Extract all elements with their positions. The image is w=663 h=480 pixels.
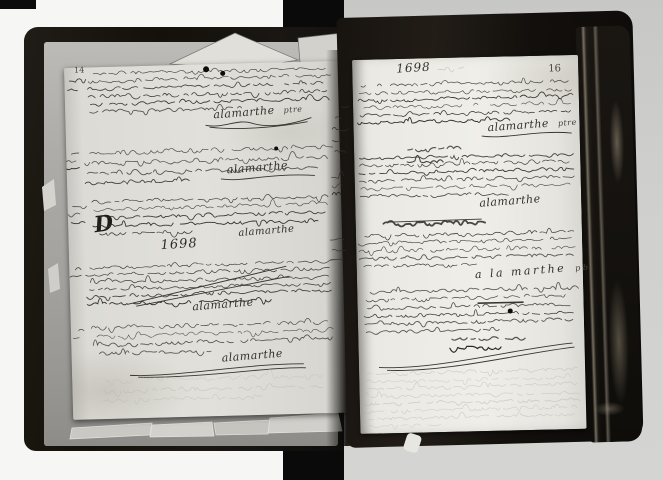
handwritten-entry bbox=[91, 191, 332, 237]
handwritten-entry bbox=[356, 149, 577, 200]
margin-note bbox=[71, 325, 87, 341]
left-page: 14 alamartheptre alamarthe D alamarthe 1… bbox=[64, 61, 349, 420]
torn-strip-3 bbox=[214, 420, 270, 435]
scan-corner-notch bbox=[0, 0, 36, 9]
margin-note bbox=[69, 266, 83, 280]
gutter-margin-note bbox=[330, 234, 347, 264]
register-photograph: 14 alamartheptre alamarthe D alamarthe 1… bbox=[0, 0, 663, 480]
faint-pencil-mark bbox=[434, 63, 470, 73]
right-page: 1698 16 alamartheptre alamarthe a la mar… bbox=[352, 55, 586, 434]
signature-suffix: pb bbox=[575, 263, 591, 273]
bleedthrough-text bbox=[102, 369, 323, 405]
folio-number: 16 bbox=[548, 63, 561, 74]
handwritten-entry bbox=[84, 141, 331, 187]
signature-suffix: ptre bbox=[558, 118, 578, 128]
left-margin-folio: 14 bbox=[74, 65, 84, 74]
year-divider: 1698 bbox=[160, 236, 198, 253]
ink-blot bbox=[508, 308, 513, 313]
margin-note bbox=[68, 201, 87, 225]
gutter-margin-note bbox=[331, 172, 344, 198]
gutter-margin-note bbox=[332, 100, 350, 156]
ink-blot bbox=[220, 71, 225, 76]
handwritten-entry bbox=[91, 317, 336, 357]
margin-note bbox=[66, 150, 83, 172]
signature-suffix: ptre bbox=[283, 104, 303, 114]
year-header: 1698 bbox=[396, 60, 431, 76]
torn-strip-2 bbox=[150, 422, 214, 437]
margin-note bbox=[64, 75, 84, 94]
bleedthrough-text bbox=[363, 365, 580, 430]
handwritten-entry bbox=[363, 283, 578, 336]
